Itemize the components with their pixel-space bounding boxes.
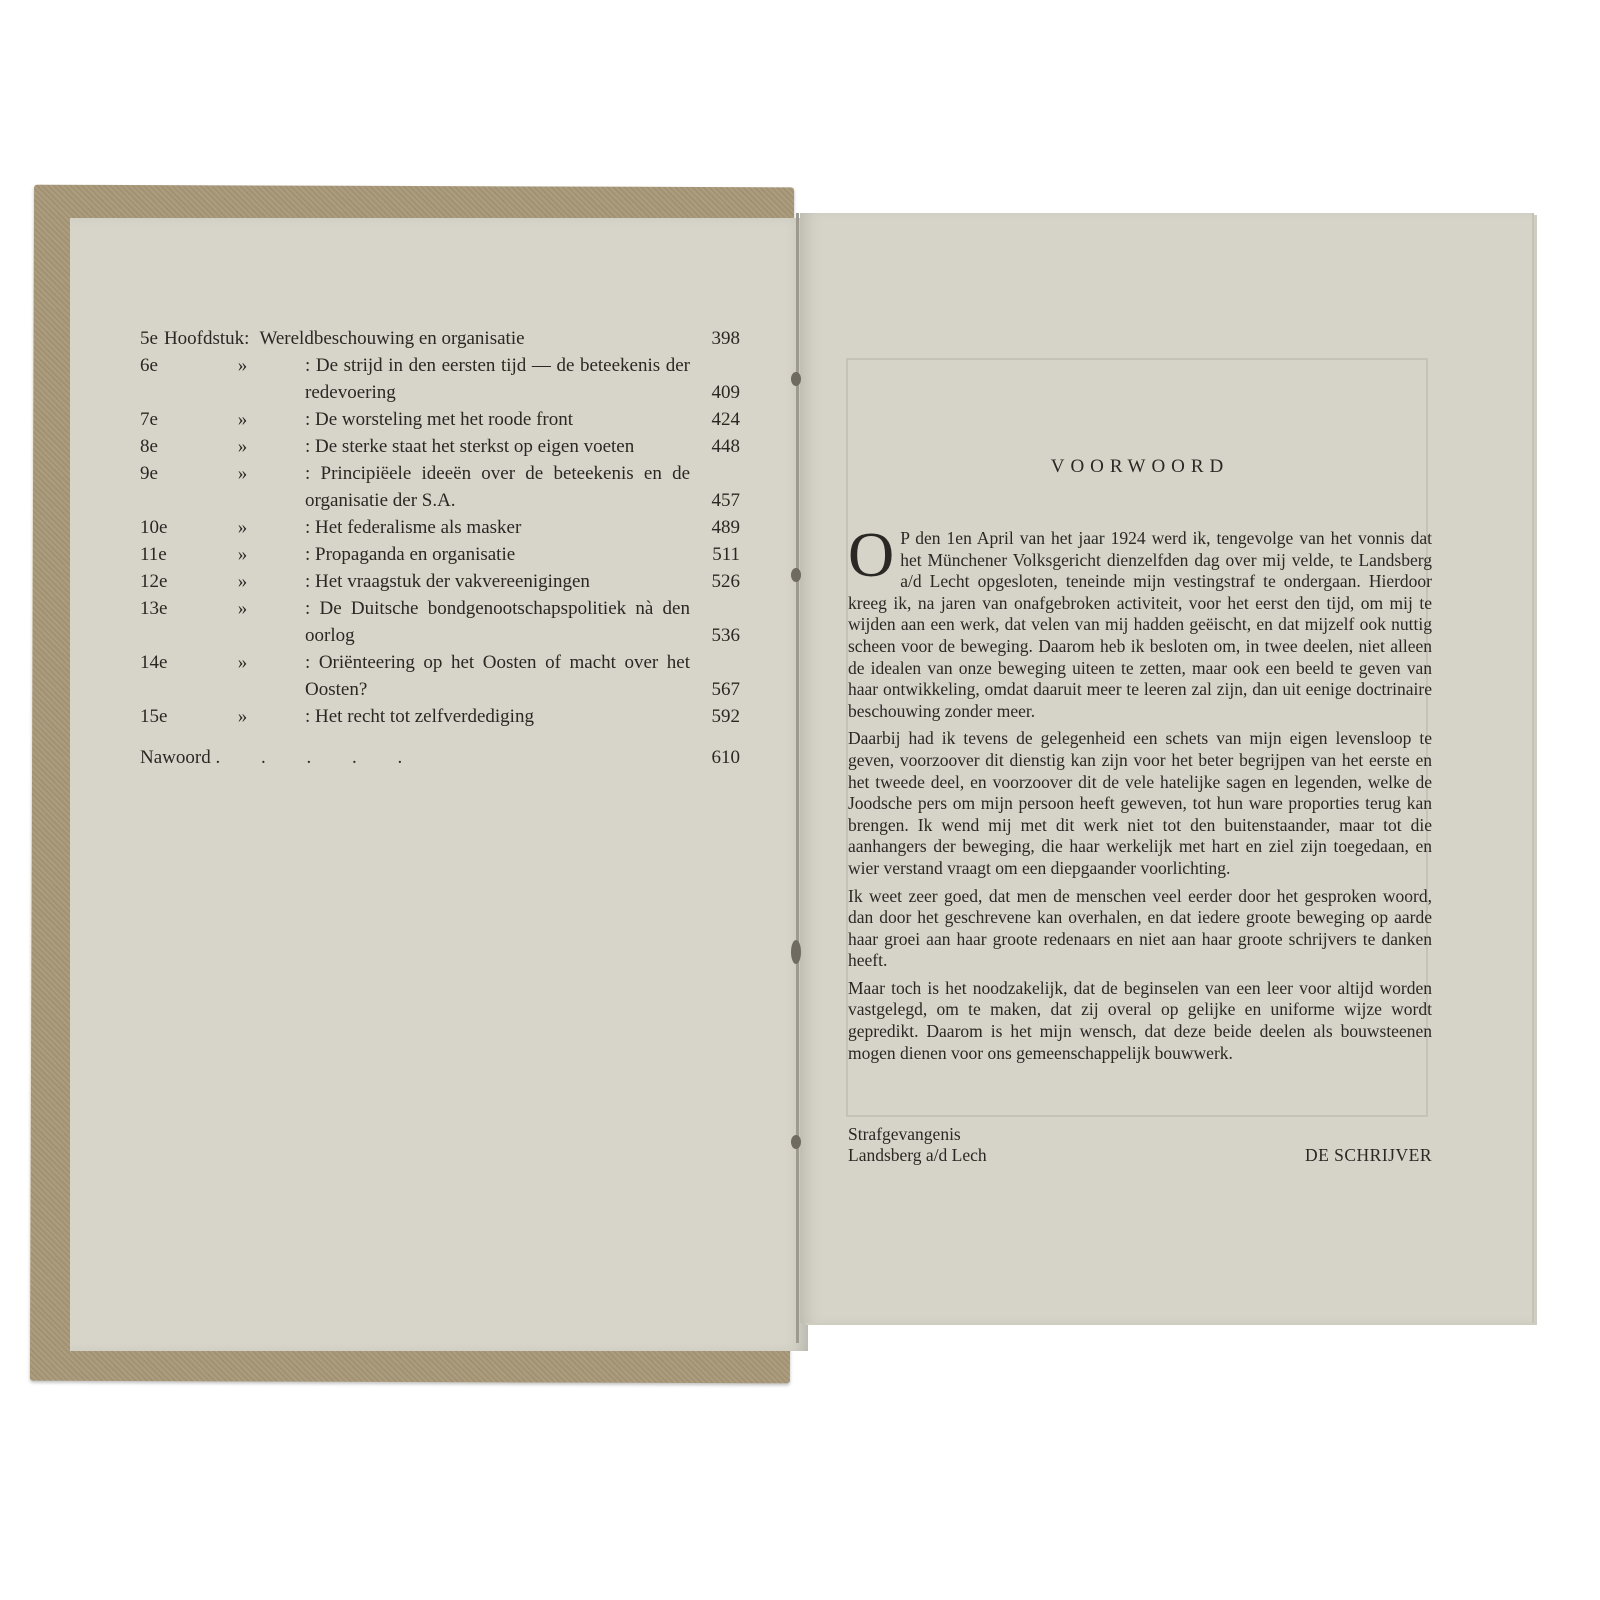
toc-entry: 8e»: De sterke staat het sterkst op eige… (140, 433, 740, 460)
paragraph: Ik weet zeer goed, dat men de menschen v… (848, 886, 1432, 972)
table-of-contents: 5e Hoofdstuk: Wereldbeschouwing en organ… (140, 325, 740, 771)
ditto-mark: » (190, 703, 295, 730)
chapter-number: 11e (140, 541, 190, 568)
binding-stitch (791, 568, 801, 582)
toc-entry: 6e»: De strijd in den eersten tijd — de … (140, 352, 740, 406)
chapter-title: : Het vraagstuk der vakvereenigingen (295, 568, 690, 595)
toc-entry: 11e»: Propaganda en organisatie511 (140, 541, 740, 568)
chapter-number: 10e (140, 514, 190, 541)
signature-block: Strafgevangenis Landsberg a/d Lech DE SC… (848, 1124, 1432, 1166)
chapter-number: 9e (140, 460, 190, 514)
toc-entry-nawoord: Nawoord . . . . . 610 (140, 744, 740, 771)
place-line-1: Strafgevangenis (848, 1124, 1432, 1145)
ditto-mark: » (190, 595, 295, 649)
page-number: 424 (690, 406, 740, 433)
page-number: 526 (690, 568, 740, 595)
chapter-number: 14e (140, 649, 190, 703)
page-number: 592 (690, 703, 740, 730)
ditto-mark: » (190, 433, 295, 460)
chapter-label: Hoofdstuk: (158, 325, 250, 352)
page-number: 448 (690, 433, 740, 460)
toc-entry: 15e»: Het recht tot zelfverdediging592 (140, 703, 740, 730)
nawoord-label: Nawoord . . . . . (140, 744, 690, 771)
toc-entry: 12e»: Het vraagstuk der vakvereenigingen… (140, 568, 740, 595)
binding-stitch (791, 940, 801, 964)
chapter-number: 12e (140, 568, 190, 595)
page-number: 409 (690, 379, 740, 406)
chapter-title: : De worsteling met het roode front (295, 406, 690, 433)
toc-entry: 14e»: Oriënteering op het Oosten of mach… (140, 649, 740, 703)
chapter-title: : Principiëele ideeën over de beteekenis… (295, 460, 690, 514)
paragraph: Maar toch is het noodzakelijk, dat de be… (848, 978, 1432, 1064)
chapter-number: 15e (140, 703, 190, 730)
toc-entry: 13e»: De Duitsche bondgenootschapspoliti… (140, 595, 740, 649)
ditto-mark: » (190, 568, 295, 595)
chapter-number: 8e (140, 433, 190, 460)
page-number: 489 (690, 514, 740, 541)
paragraph: OP den 1en April van het jaar 1924 werd … (848, 528, 1432, 722)
ditto-mark: » (190, 460, 295, 514)
ditto-mark: » (190, 649, 295, 703)
chapter-title: : De strijd in den eersten tijd — de bet… (295, 352, 690, 406)
signature: DE SCHRIJVER (1305, 1145, 1432, 1166)
chapter-title: : Propaganda en organisatie (295, 541, 690, 568)
page-number: 511 (690, 541, 740, 568)
chapter-title: : Het federalisme als masker (295, 514, 690, 541)
drop-cap: O (848, 530, 894, 580)
page-number: 398 (690, 325, 740, 352)
chapter-number: 7e (140, 406, 190, 433)
ditto-mark: » (190, 514, 295, 541)
chapter-title: : Het recht tot zelfverdediging (295, 703, 690, 730)
page-number: 610 (690, 744, 740, 771)
chapter-title: : De Duitsche bondgenootschapspolitiek n… (295, 595, 690, 649)
chapter-number: 13e (140, 595, 190, 649)
ditto-mark: » (190, 352, 295, 406)
page-number: 567 (690, 676, 740, 703)
toc-entry: 7e»: De worsteling met het roode front42… (140, 406, 740, 433)
page-number: 457 (690, 487, 740, 514)
toc-entry: 10e»: Het federalisme als masker489 (140, 514, 740, 541)
chapter-number: 5e (140, 325, 158, 352)
toc-entry: 9e»: Principiëele ideeën over de beteeke… (140, 460, 740, 514)
chapter-number: 6e (140, 352, 190, 406)
ditto-mark: » (190, 406, 295, 433)
chapter-title: : De sterke staat het sterkst op eigen v… (295, 433, 690, 460)
page-number: 536 (690, 622, 740, 649)
chapter-title: : Oriënteering op het Oosten of macht ov… (295, 649, 690, 703)
foreword-title: VOORWOORD (850, 456, 1430, 478)
binding-stitch (791, 1135, 801, 1149)
paragraph: Daarbij had ik tevens de gelegenheid een… (848, 728, 1432, 879)
foreword-body: OP den 1en April van het jaar 1924 werd … (848, 528, 1432, 1070)
chapter-title: Wereldbeschouwing en organisatie (249, 325, 690, 352)
binding-stitch (791, 372, 801, 386)
ditto-mark: » (190, 541, 295, 568)
toc-entry: 5e Hoofdstuk: Wereldbeschouwing en organ… (140, 325, 740, 352)
